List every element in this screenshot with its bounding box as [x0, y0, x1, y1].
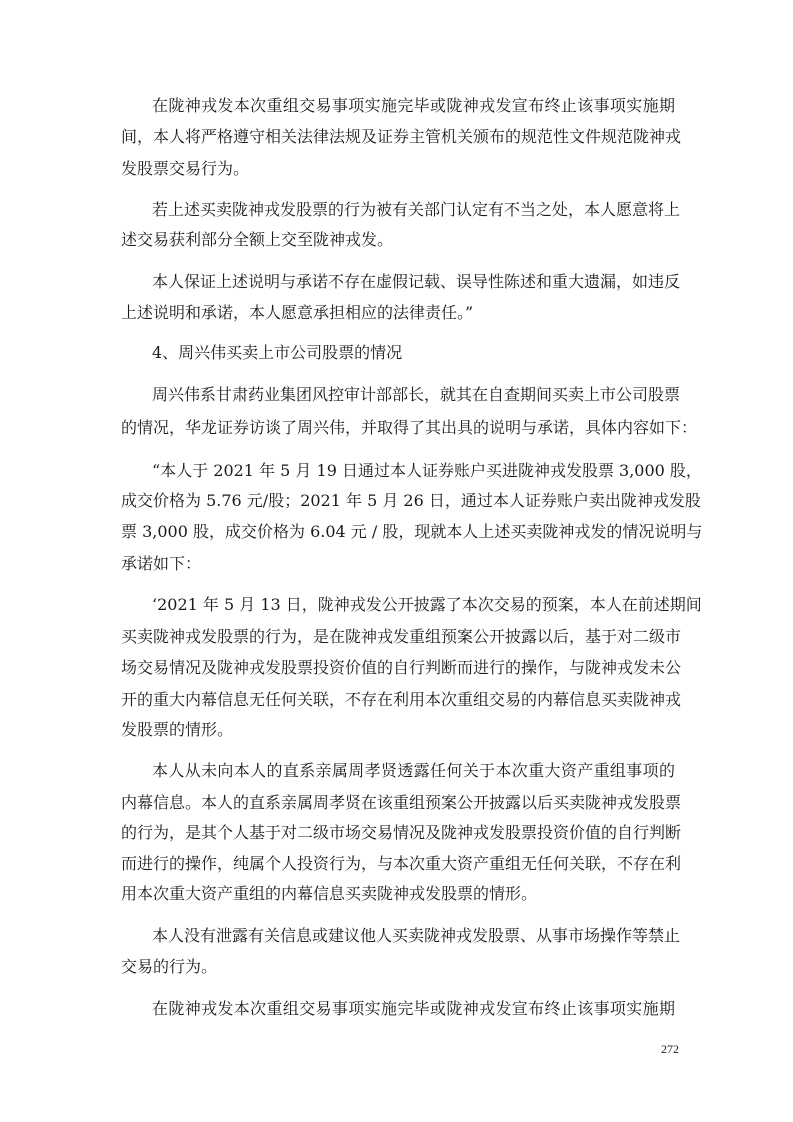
text-line: 本人没有泄露有关信息或建议他人买卖陇神戎发股票、从事市场操作等禁止 [152, 925, 675, 947]
text-line: 成交价格为 5.76 元/股；2021 年 5 月 26 日，通过本人证券账户卖… [121, 490, 675, 512]
text-line: 周兴伟系甘肃药业集团风控审计部部长，就其在自查期间买卖上市公司股票 [152, 384, 675, 406]
text-line: 而进行的操作，纯属个人投资行为，与本次重大资产重组无任何关联，不存在利 [121, 853, 675, 875]
text-line: 若上述买卖陇神戎发股票的行为被有关部门认定有不当之处，本人愿意将上 [152, 199, 675, 221]
text-line: 承诺如下： [121, 553, 675, 575]
text-line: 的行为，是其个人基于对二级市场交易情况及陇神戎发股票投资价值的自行判断 [121, 822, 675, 844]
text-line: 本人从未向本人的直系亲属周孝贤透露任何关于本次重大资产重组事项的 [152, 760, 675, 782]
text-line: 发股票的情形。 [121, 719, 675, 741]
text-line: 票 3,000 股，成交价格为 6.04 元 / 股，现就本人上述买卖陇神戎发的… [121, 521, 675, 543]
text-line: 述交易获利部分全额上交至陇神戎发。 [121, 229, 675, 251]
text-line: 开的重大内幕信息无任何关联，不存在利用本次重组交易的内幕信息买卖陇神戎 [121, 689, 675, 711]
text-line: 上述说明和承诺，本人愿意承担相应的法律责任。” [121, 302, 675, 324]
document-page: 在陇神戎发本次重组交易事项实施完毕或陇神戎发宣布终止该事项实施期 间，本人将严格… [0, 0, 793, 1122]
text-line: 场交易情况及陇神戎发股票投资价值的自行判断而进行的操作，与陇神戎发未公 [121, 657, 675, 679]
text-line: 内幕信息。本人的直系亲属周孝贤在该重组预案公开披露以后买卖陇神戎发股票 [121, 792, 675, 814]
text-line: ‘2021 年 5 月 13 日，陇神戎发公开披露了本次交易的预案，本人在前述期… [152, 594, 675, 616]
text-line: 间，本人将严格遵守相关法律法规及证券主管机关颁布的规范性文件规范陇神戎 [121, 126, 675, 148]
text-line: 在陇神戎发本次重组交易事项实施完毕或陇神戎发宣布终止该事项实施期 [152, 95, 675, 117]
text-line: 交易的行为。 [121, 956, 675, 978]
text-line: 的情况，华龙证券访谈了周兴伟，并取得了其出具的说明与承诺，具体内容如下： [121, 417, 675, 439]
text-line: “本人于 2021 年 5 月 19 日通过本人证券账户买进陇神戎发股票 3,0… [152, 460, 675, 482]
text-line: 用本次重大资产重组的内幕信息买卖陇神戎发股票的情形。 [121, 883, 675, 905]
text-line: 本人保证上述说明与承诺不存在虚假记载、误导性陈述和重大遗漏，如违反 [152, 271, 675, 293]
text-line: 买卖陇神戎发股票的行为，是在陇神戎发重组预案公开披露以后，基于对二级市 [121, 626, 675, 648]
page-number: 272 [655, 1041, 679, 1057]
text-line: 发股票交易行为。 [121, 158, 675, 180]
text-line: 在陇神戎发本次重组交易事项实施完毕或陇神戎发宣布终止该事项实施期 [152, 998, 675, 1020]
section-heading-text: 4、周兴伟买卖上市公司股票的情况 [152, 342, 675, 364]
